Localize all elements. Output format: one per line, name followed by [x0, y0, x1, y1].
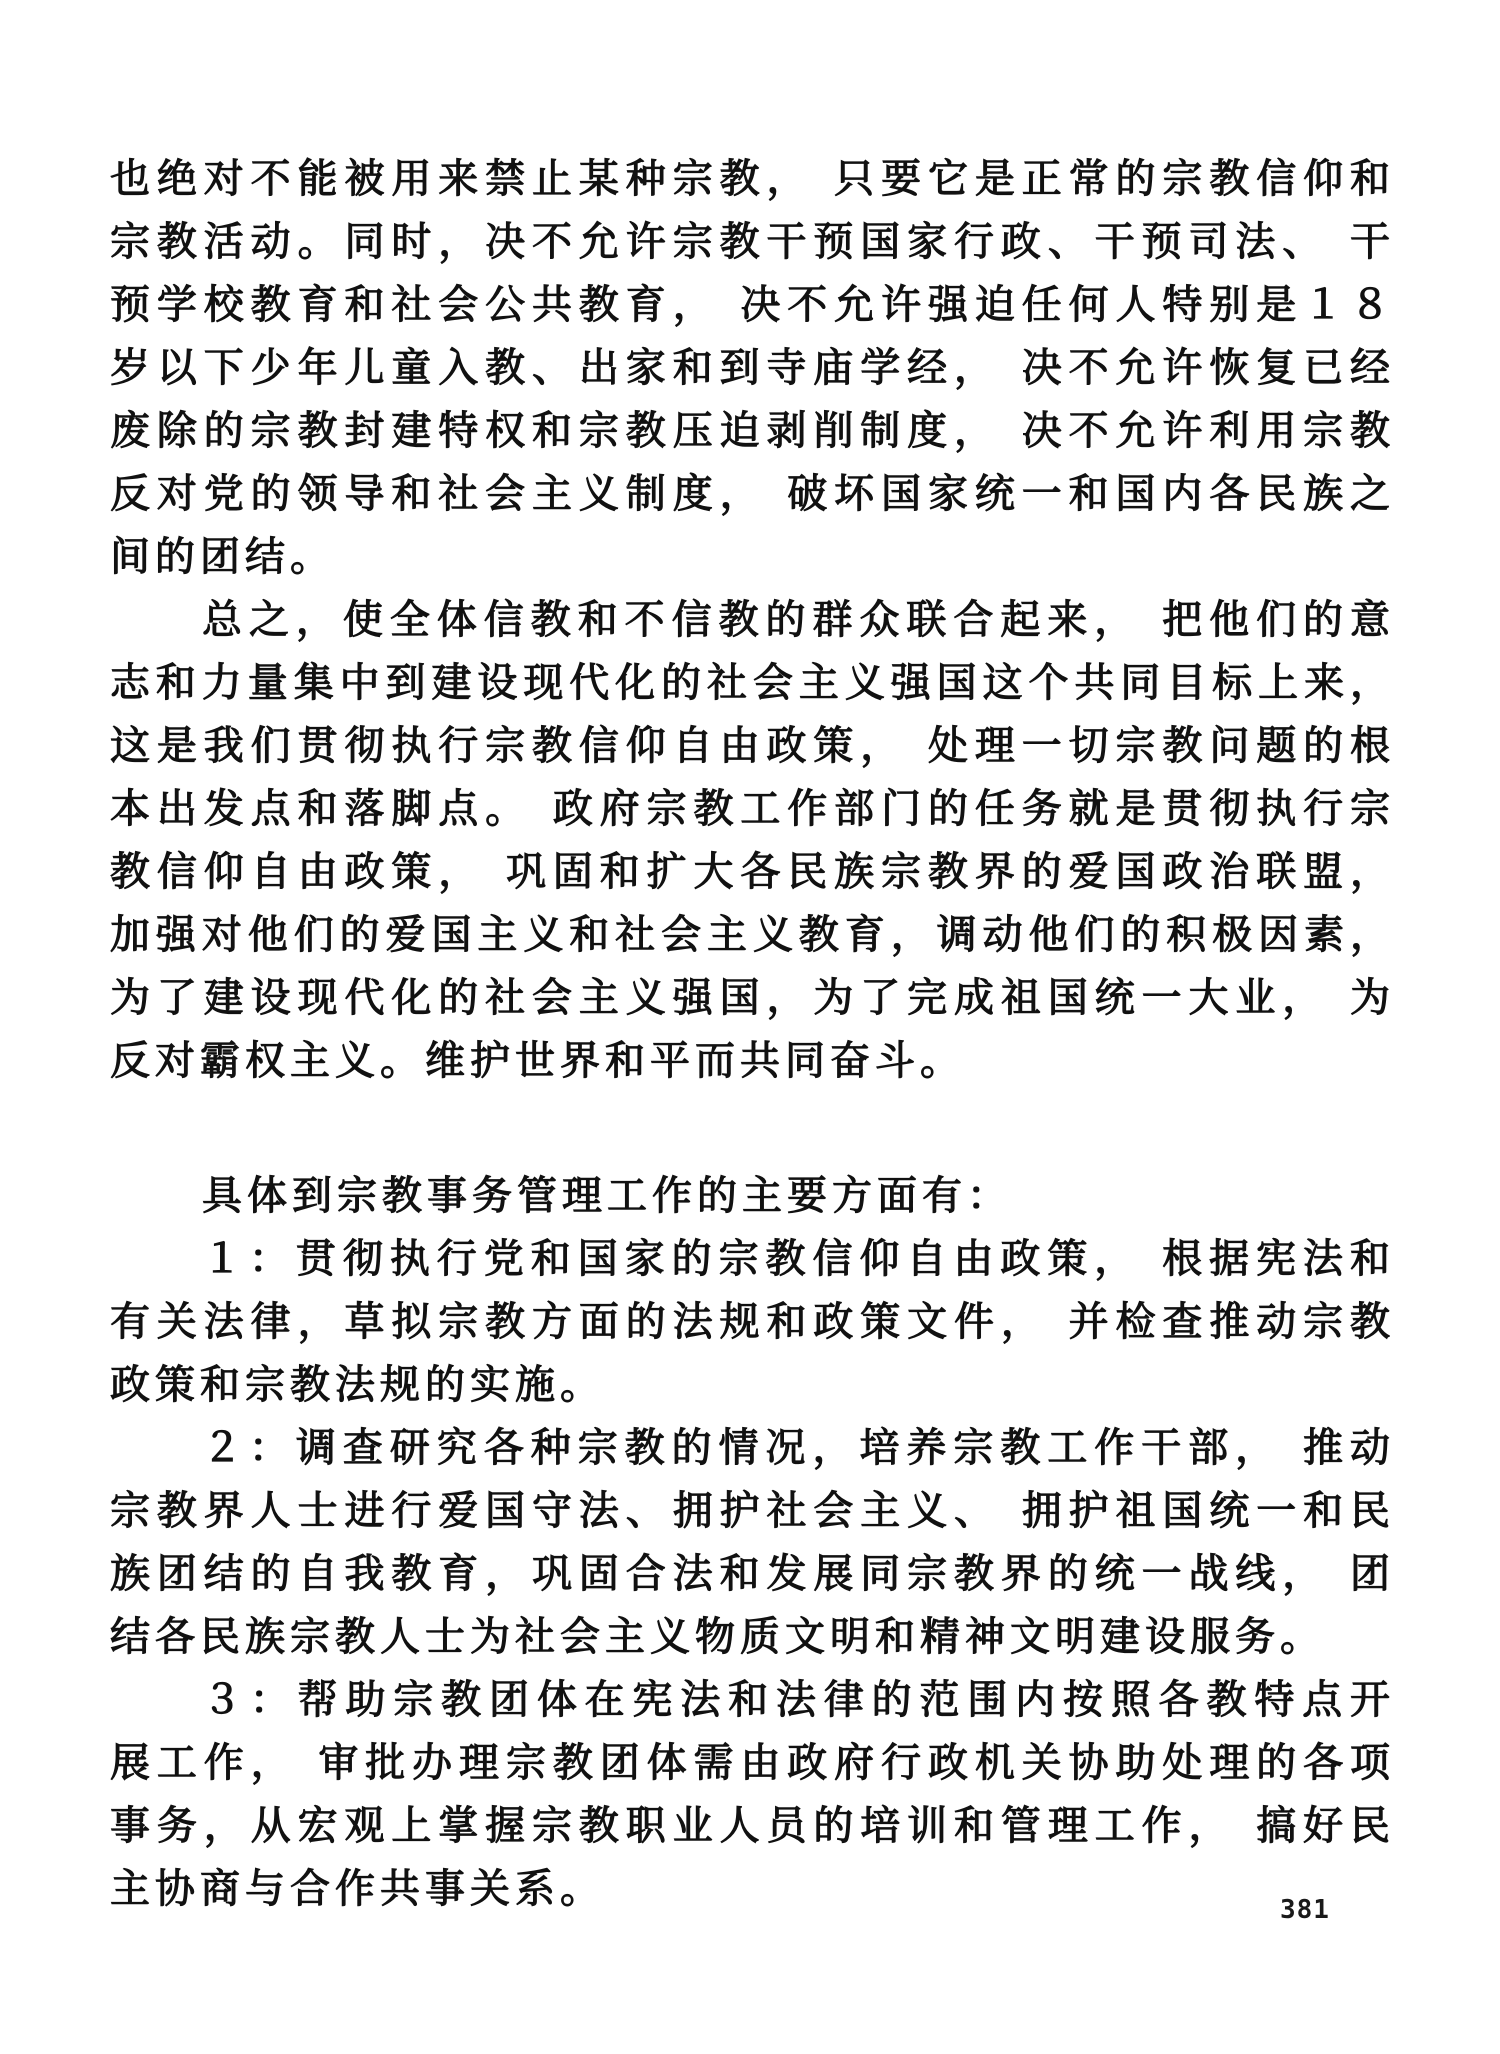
text-line: 宗教界人士进行爱国守法、拥护社会主义、 拥护祖国统一和民 — [110, 1480, 1395, 1543]
list-item: １：贯彻执行党和国家的宗教信仰自由政策， 根据宪法和 有关法律，草拟宗教方面的法… — [110, 1228, 1395, 1417]
paragraph: 总之，使全体信教和不信教的群众联合起来， 把他们的意 志和力量集中到建设现代化的… — [110, 589, 1395, 1093]
text-line: １：贯彻执行党和国家的宗教信仰自由政策， 根据宪法和 — [110, 1228, 1395, 1291]
paragraph-gap — [110, 1093, 1395, 1165]
text-line: ２：调查研究各种宗教的情况，培养宗教工作干部， 推动 — [110, 1417, 1395, 1480]
text-line: 主协商与合作共事关系。 — [110, 1858, 1395, 1921]
document-page: 也绝对不能被用来禁止某种宗教， 只要它是正常的宗教信仰和 宗教活动。同时，决不允… — [110, 148, 1395, 1921]
text-line: 为了建设现代化的社会主义强国，为了完成祖国统一大业， 为 — [110, 967, 1395, 1030]
paragraph: 具体到宗教事务管理工作的主要方面有： — [110, 1165, 1395, 1228]
text-line: 族团结的自我教育，巩固合法和发展同宗教界的统一战线， 团 — [110, 1543, 1395, 1606]
text-line: 预学校教育和社会公共教育， 决不允许强迫任何人特别是１８ — [110, 274, 1395, 337]
text-line: ３：帮助宗教团体在宪法和法律的范围内按照各教特点开 — [110, 1669, 1395, 1732]
text-line: 间的团结。 — [110, 526, 1395, 589]
text-line: 教信仰自由政策， 巩固和扩大各民族宗教界的爱国政治联盟， — [110, 841, 1395, 904]
text-line: 具体到宗教事务管理工作的主要方面有： — [110, 1165, 1395, 1228]
text-line: 加强对他们的爱国主义和社会主义教育，调动他们的积极因素， — [110, 904, 1395, 967]
text-line: 结各民族宗教人士为社会主义物质文明和精神文明建设服务。 — [110, 1606, 1395, 1669]
text-line: 本出发点和落脚点。 政府宗教工作部门的任务就是贯彻执行宗 — [110, 778, 1395, 841]
text-line: 岁以下少年儿童入教、出家和到寺庙学经， 决不允许恢复已经 — [110, 337, 1395, 400]
text-line: 政策和宗教法规的实施。 — [110, 1354, 1395, 1417]
text-line: 也绝对不能被用来禁止某种宗教， 只要它是正常的宗教信仰和 — [110, 148, 1395, 211]
text-line: 反对霸权主义。维护世界和平而共同奋斗。 — [110, 1030, 1395, 1093]
text-line: 总之，使全体信教和不信教的群众联合起来， 把他们的意 — [110, 589, 1395, 652]
list-item: ３：帮助宗教团体在宪法和法律的范围内按照各教特点开 展工作， 审批办理宗教团体需… — [110, 1669, 1395, 1921]
text-line: 反对党的领导和社会主义制度， 破坏国家统一和国内各民族之 — [110, 463, 1395, 526]
text-line: 志和力量集中到建设现代化的社会主义强国这个共同目标上来， — [110, 652, 1395, 715]
text-line: 废除的宗教封建特权和宗教压迫剥削制度， 决不允许利用宗教 — [110, 400, 1395, 463]
text-line: 宗教活动。同时，决不允许宗教干预国家行政、干预司法、 干 — [110, 211, 1395, 274]
text-line: 事务，从宏观上掌握宗教职业人员的培训和管理工作， 搞好民 — [110, 1795, 1395, 1858]
paragraph: 也绝对不能被用来禁止某种宗教， 只要它是正常的宗教信仰和 宗教活动。同时，决不允… — [110, 148, 1395, 589]
text-line: 展工作， 审批办理宗教团体需由政府行政机关协助处理的各项 — [110, 1732, 1395, 1795]
text-line: 这是我们贯彻执行宗教信仰自由政策， 处理一切宗教问题的根 — [110, 715, 1395, 778]
text-line: 有关法律，草拟宗教方面的法规和政策文件， 并检查推动宗教 — [110, 1291, 1395, 1354]
list-item: ２：调查研究各种宗教的情况，培养宗教工作干部， 推动 宗教界人士进行爱国守法、拥… — [110, 1417, 1395, 1669]
page-number: 381 — [1280, 1895, 1330, 1925]
